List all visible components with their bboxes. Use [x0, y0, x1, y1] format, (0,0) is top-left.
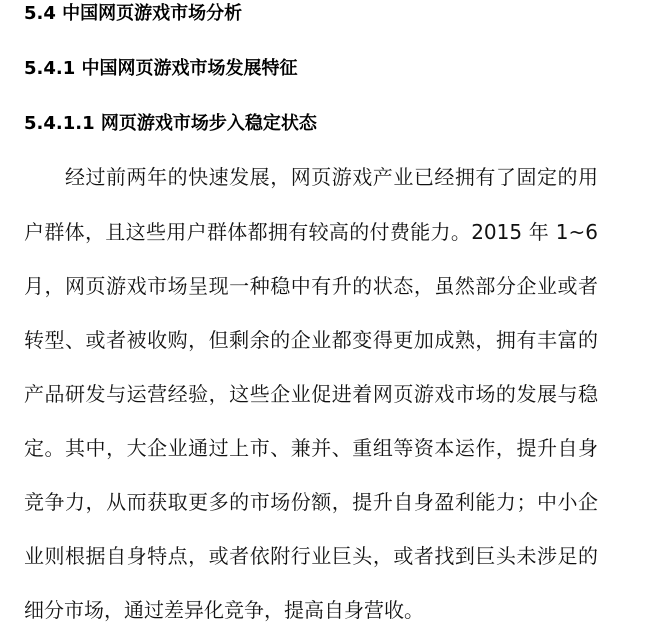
section-heading-5-4-1: 5.4.1 中国网页游戏市场发展特征 [24, 58, 298, 80]
paragraph-line: 竞争力，从而获取更多的市场份额，提升自身盈利能力；中小企 [24, 490, 598, 514]
paragraph-line: 定。其中，大企业通过上市、兼并、重组等资本运作，提升自身 [24, 436, 598, 460]
paragraph-line: 业则根据自身特点，或者依附行业巨头，或者找到巨头未涉足的 [24, 544, 598, 568]
paragraph-line: 月，网页游戏市场呈现一种稳中有升的状态，虽然部分企业或者 [24, 274, 598, 298]
paragraph-line: 细分市场，通过差异化竞争，提高自身营收。 [24, 598, 424, 622]
paragraph-line: 经过前两年的快速发展，网页游戏产业已经拥有了固定的用 [65, 165, 598, 189]
section-heading-5-4-1-1: 5.4.1.1 网页游戏市场步入稳定状态 [24, 113, 317, 135]
section-heading-5-4: 5.4 中国网页游戏市场分析 [24, 3, 242, 25]
paragraph-line: 产品研发与运营经验，这些企业促进着网页游戏市场的发展与稳 [24, 382, 598, 406]
paragraph-line: 转型、或者被收购，但剩余的企业都变得更加成熟，拥有丰富的 [24, 328, 598, 352]
paragraph-line: 户群体，且这些用户群体都拥有较高的付费能力。2015 年 1~6 [24, 220, 598, 244]
